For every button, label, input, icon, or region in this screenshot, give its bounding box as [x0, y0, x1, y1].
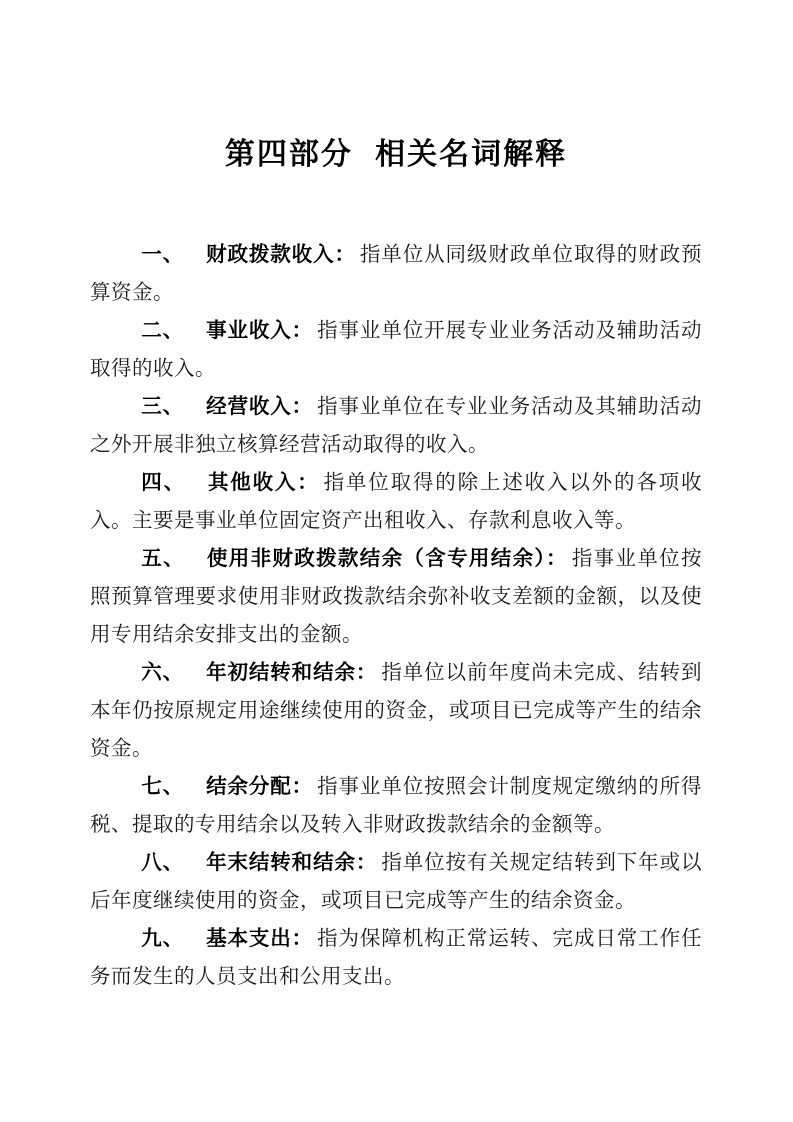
term-label: 使用非财政拨款结余（含专用结余）： — [207, 548, 568, 570]
definition-item: 五、使用非财政拨款结余（含专用结余）：指事业单位按照预算管理要求使用非财政拨款结… — [90, 540, 702, 654]
term-label: 基本支出： — [206, 928, 313, 950]
definition-item: 三、经营收入：指事业单位在专业业务活动及其辅助活动之外开展非独立核算经营活动取得… — [90, 388, 702, 464]
definitions-list: 一、财政拨款收入：指单位从同级财政单位取得的财政预算资金。二、事业收入：指事业单… — [90, 236, 702, 996]
item-number: 四、 — [141, 472, 186, 494]
item-number: 七、 — [141, 776, 184, 798]
document-page: 第四部分 相关名词解释 一、财政拨款收入：指单位从同级财政单位取得的财政预算资金… — [0, 0, 793, 1122]
term-label: 事业收入： — [206, 320, 313, 342]
term-label: 财政拨款收入： — [206, 244, 356, 266]
item-number: 二、 — [141, 320, 184, 342]
term-label: 年末结转和结余： — [206, 852, 377, 874]
page-title: 第四部分 相关名词解释 — [90, 138, 702, 172]
item-number: 三、 — [141, 396, 184, 418]
item-number: 八、 — [141, 852, 184, 874]
item-number: 九、 — [141, 928, 184, 950]
term-label: 结余分配： — [206, 776, 313, 798]
item-number: 六、 — [141, 662, 184, 684]
definition-item: 一、财政拨款收入：指单位从同级财政单位取得的财政预算资金。 — [90, 236, 702, 312]
definition-item: 八、年末结转和结余：指单位按有关规定结转到下年或以后年度继续使用的资金，或项目已… — [90, 844, 702, 920]
definition-item: 九、基本支出：指为保障机构正常运转、完成日常工作任务而发生的人员支出和公用支出。 — [90, 920, 702, 996]
definition-item: 六、年初结转和结余：指单位以前年度尚未完成、结转到本年仍按原规定用途继续使用的资… — [90, 654, 702, 768]
item-number: 五、 — [141, 548, 185, 570]
item-number: 一、 — [141, 244, 184, 266]
definition-item: 二、事业收入：指事业单位开展专业业务活动及辅助活动取得的收入。 — [90, 312, 702, 388]
term-label: 其他收入： — [208, 472, 320, 494]
term-label: 年初结转和结余： — [206, 662, 377, 684]
definition-item: 七、结余分配：指事业单位按照会计制度规定缴纳的所得税、提取的专用结余以及转入非财… — [90, 768, 702, 844]
definition-item: 四、其他收入：指单位取得的除上述收入以外的各项收入。主要是事业单位固定资产出租收… — [90, 464, 702, 540]
term-label: 经营收入： — [206, 396, 313, 418]
